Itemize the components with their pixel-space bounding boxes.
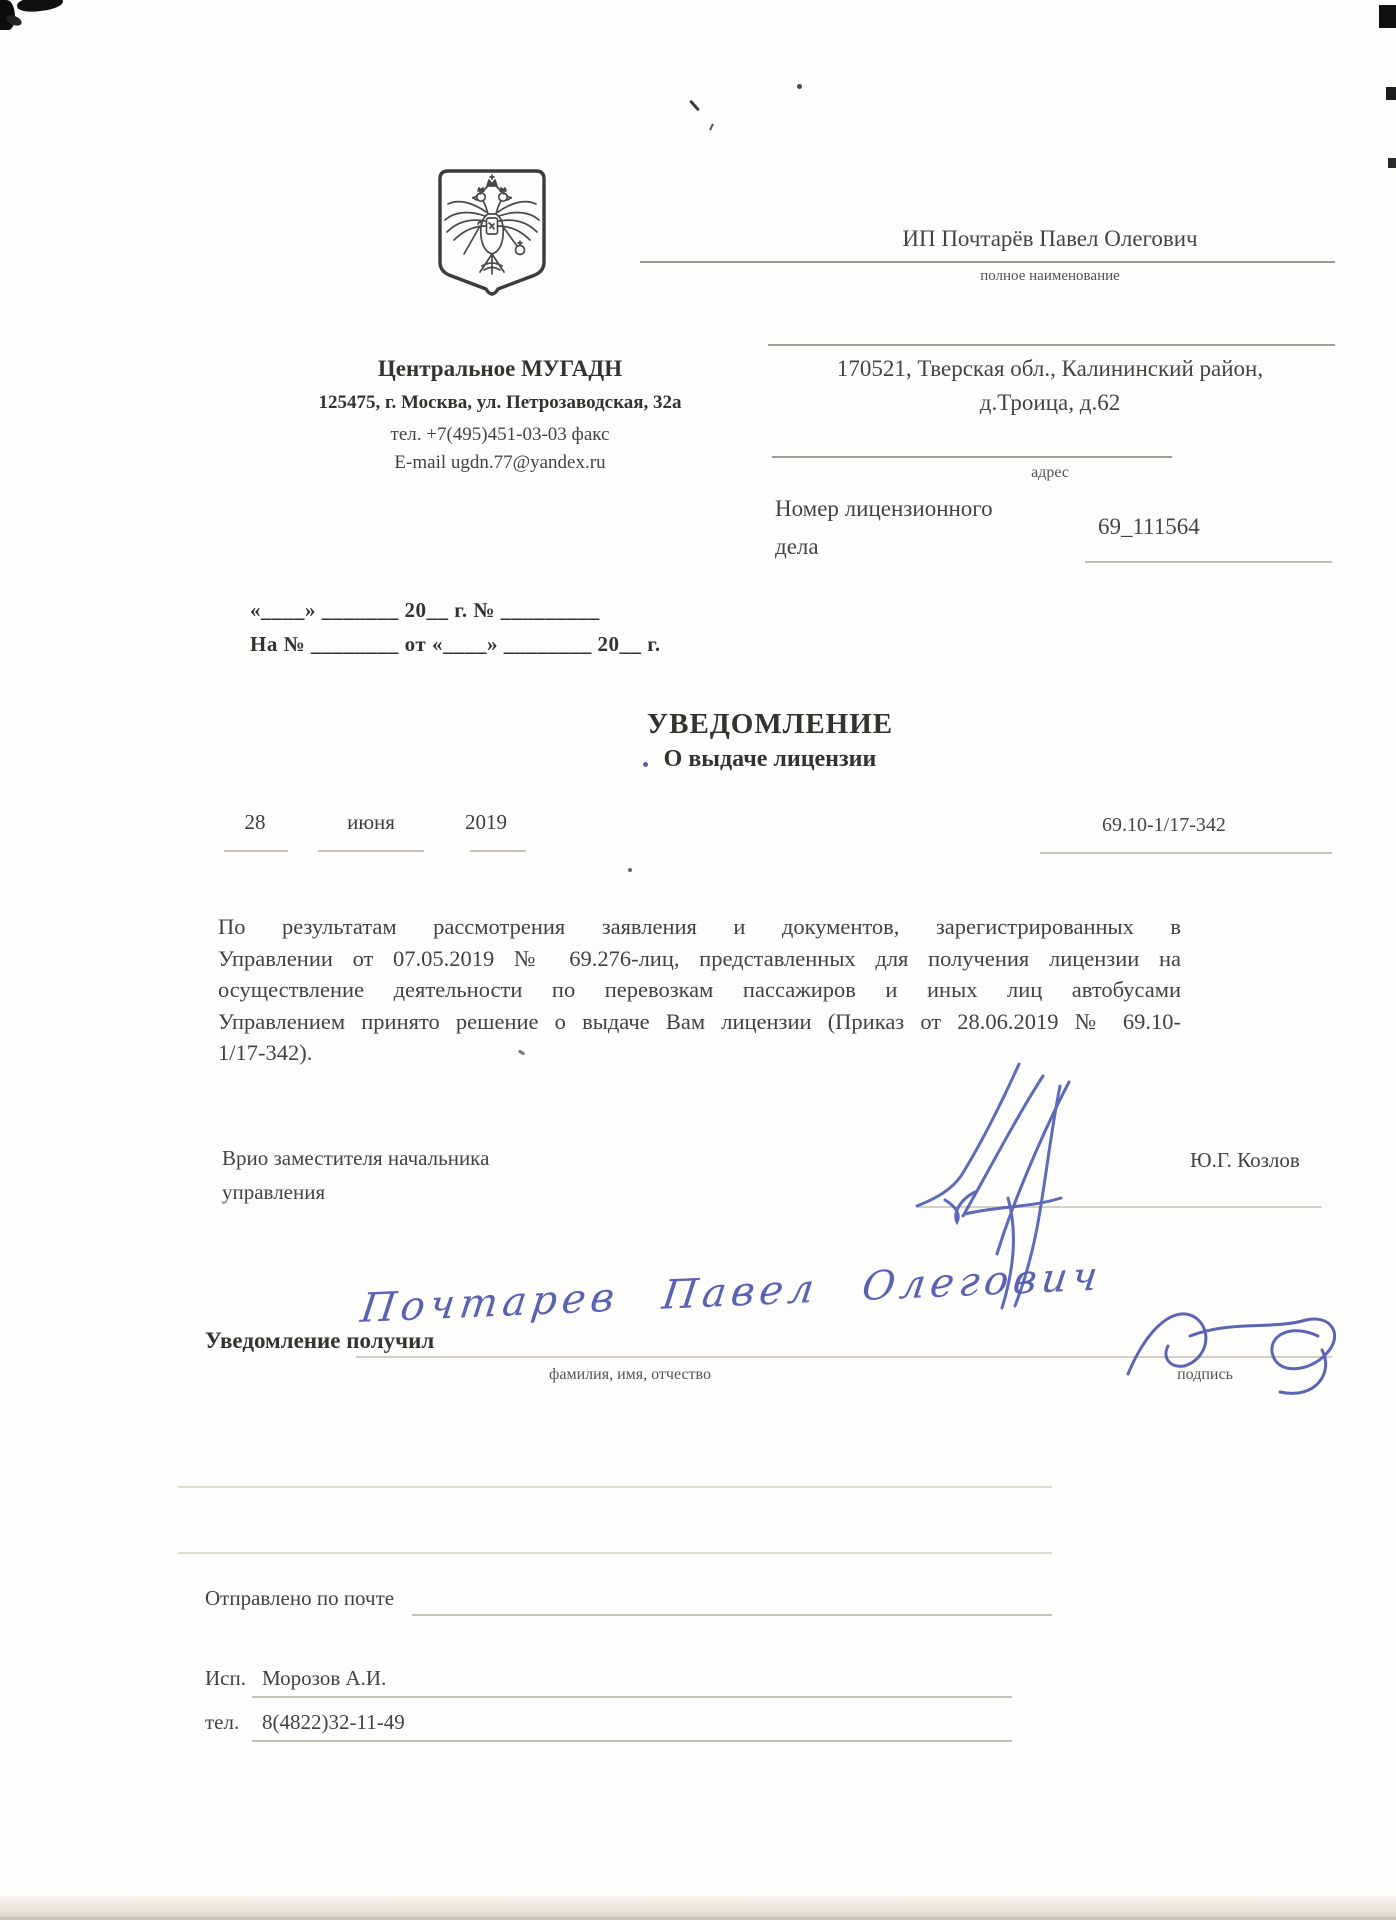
scanned-document-page: Центральное МУГАДН 125475, г. Москва, ул… [0, 0, 1396, 1920]
body-line-1: По результатам рассмотрения заявления и … [218, 914, 1181, 946]
license-case-underline [1085, 561, 1332, 563]
issue-month-underline [318, 850, 424, 852]
license-case-label-line2: дела [775, 534, 819, 560]
sender-phone: тел. +7(495)451-03-03 факс [300, 424, 700, 446]
recipient-name-underline [640, 261, 1335, 263]
executor-underline [252, 1696, 1012, 1698]
ref-reply-line: На № ________ от «____» ________ 20__ г. [250, 632, 661, 657]
receipt-signature-flourish [1120, 1288, 1355, 1423]
doc-subtitle: О выдаче лицензии [470, 746, 1070, 773]
body-line-4: Управлением принято решение о выдаче Вам… [218, 1009, 1181, 1041]
dispatch-label: Отправлено по почте [205, 1586, 394, 1611]
body-paragraph: По результатам рассмотрения заявления и … [218, 914, 1181, 1072]
recipient-address-line1: 170521, Тверская обл., Калининский район… [765, 356, 1335, 382]
scan-artifact-tick-2 [709, 123, 714, 130]
executor-phone-underline [252, 1740, 1012, 1742]
dispatch-line [412, 1614, 1052, 1616]
scan-artifact-dot-3 [628, 868, 632, 872]
issue-day: 28 [222, 810, 288, 835]
license-case-label-line1: Номер лицензионного [775, 496, 993, 522]
sender-address: 125475, г. Москва, ул. Петрозаводская, 3… [280, 392, 720, 414]
recipient-address-underline [772, 456, 1172, 458]
recipient-name: ИП Почтарёв Павел Олегович [765, 226, 1335, 252]
recipient-address-line2: д.Троица, д.62 [765, 390, 1335, 416]
receipt-label: Уведомление получил [205, 1328, 434, 1354]
receipt-name-caption: фамилия, имя, отчество [420, 1366, 840, 1384]
scan-artifact-right-edge-mark-1 [1386, 87, 1396, 100]
body-line-3: осуществление деятельности по перевозкам… [218, 977, 1181, 1009]
recipient-name-caption: полное наименование [840, 268, 1260, 285]
issue-day-underline [224, 850, 288, 852]
blank-line-2 [178, 1552, 1052, 1554]
issue-number-underline [1040, 852, 1332, 854]
russia-coat-of-arms-icon [434, 166, 550, 306]
issue-year-underline [470, 850, 526, 852]
executor-phone-label: тел. [205, 1710, 239, 1735]
body-line-2: Управлении от 07.05.2019 № 69.276-лиц, п… [218, 946, 1181, 978]
scan-artifact-top-left-stroke [16, 0, 63, 14]
coat-of-arms [434, 166, 550, 306]
executor-name: Морозов А.И. [262, 1666, 386, 1691]
issue-number: 69.10-1/17-342 [1102, 814, 1226, 837]
signer-position-line1: Врио заместителя начальника [222, 1146, 489, 1171]
executor-phone-value: 8(4822)32-11-49 [262, 1710, 405, 1735]
recipient-address-topline [768, 344, 1335, 346]
sender-email: E-mail ugdn.77@yandex.ru [300, 452, 700, 474]
issue-month: июня [318, 810, 424, 835]
scan-artifact-dot-1 [797, 84, 802, 89]
signer-position-line2: управления [222, 1180, 325, 1205]
signer-name: Ю.Г. Козлов [1190, 1148, 1300, 1173]
doc-title: УВЕДОМЛЕНИЕ [470, 708, 1070, 741]
sender-name: Центральное МУГАДН [320, 356, 680, 382]
blank-line-1 [178, 1486, 1052, 1488]
ref-date-line: «____» _______ 20__ г. № _________ [250, 598, 600, 623]
scan-artifact-right-edge-mark-2 [1388, 158, 1396, 168]
issue-year: 2019 [448, 810, 524, 835]
recipient-address-caption: адрес [840, 464, 1260, 482]
license-case-number: 69_111564 [1098, 514, 1200, 540]
scan-artifact-tick-1 [689, 100, 700, 112]
scan-artifact-top-right-square [1379, 5, 1396, 28]
executor-label: Исп. [205, 1666, 246, 1691]
